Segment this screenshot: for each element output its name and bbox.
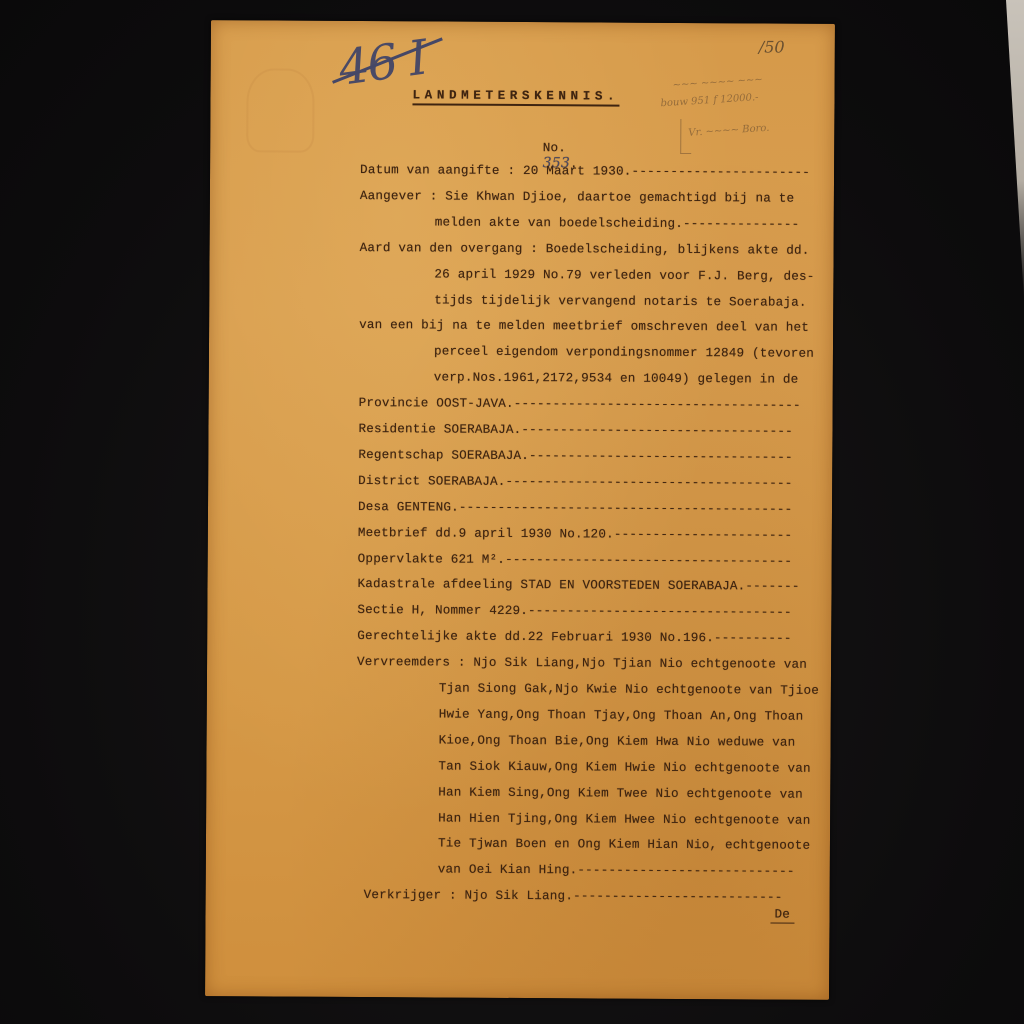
document-line: 26 april 1929 No.79 verleden voor F.J. B… [434,267,814,283]
catchword: De [770,908,794,924]
document-page: 46 I /50 ~~~ ~~~~ ~~~ bouw 951 f 12000.-… [205,20,835,1000]
document-line: verp.Nos.1961,2172,9534 en 10049) gelege… [434,371,799,387]
embossed-seal-icon [246,68,315,152]
document-line: Han Kiem Sing,Ong Kiem Twee Nio echtgeno… [438,785,803,801]
document-line: Aangever : Sie Khwan Djioe, daartoe gema… [360,189,794,206]
document-line: Vervreemders : Njo Sik Liang,Njo Tjian N… [357,655,807,672]
document-line: Meetbrief dd.9 april 1930 No.120.-------… [358,526,792,543]
document-title: LANDMETERSKENNIS. [412,88,619,106]
document-line: Oppervlakte 621 M².---------------------… [358,552,792,569]
document-body: Datum van aangifte : 20 Maart 1930.-----… [211,20,835,24]
handwritten-folio-number: /50 [759,37,785,56]
photo-background: 46 I /50 ~~~ ~~~~ ~~~ bouw 951 f 12000.-… [0,0,1024,1024]
handwritten-margin-note-1: ~~~ ~~~~ ~~~ [672,74,763,91]
document-line: Desa GENTENG.---------------------------… [358,500,792,517]
handwritten-margin-note-3: Vr. ~~~~ Boro. [688,123,770,139]
document-line: District SOERABAJA.---------------------… [358,474,792,491]
document-line: Verkrijger : Njo Sik Liang.-------------… [364,888,783,905]
document-line: melden akte van boedelscheiding.--------… [435,215,800,231]
document-number-label: No. [543,141,566,155]
document-line: van een bij na te melden meetbrief omsch… [359,318,809,335]
document-line: Gerechtelijke akte dd.22 Februari 1930 N… [357,629,791,646]
document-line: Sectie H, Nommer 4229.------------------… [357,603,791,620]
document-line: Tie Tjwan Boen en Ong Kiem Hian Nio, ech… [438,837,810,853]
document-line: Kadastrale afdeeling STAD EN VOORSTEDEN … [357,577,799,594]
document-line: tijds tijdelijk vervangend notaris te So… [434,293,806,309]
document-line: Provincie OOST-JAVA.--------------------… [359,396,801,413]
document-line: Han Hien Tjing,Ong Kiem Hwee Nio echtgen… [438,811,810,827]
document-line: Tjan Siong Gak,Njo Kwie Nio echtgenoote … [439,682,819,698]
document-line: Datum van aangifte : 20 Maart 1930.-----… [360,163,810,180]
document-line: Aard van den overgang : Boedelscheiding,… [360,241,810,258]
document-line: perceel eigendom verpondingsnommer 12849… [434,345,814,361]
document-line: Regentschap SOERABAJA.------------------… [358,448,792,465]
adjacent-paper-edge [1006,0,1024,300]
document-line: Kioe,Ong Thoan Bie,Ong Kiem Hwa Nio wedu… [439,733,796,749]
document-line: Residentie SOERABAJA.-------------------… [358,422,792,439]
document-line: Hwie Yang,Ong Thoan Tjay,Ong Thoan An,On… [439,707,804,723]
document-line: van Oei Kian Hing.----------------------… [438,863,795,879]
document-line: Tan Siok Kiauw,Ong Kiem Hwie Nio echtgen… [438,759,810,775]
handwritten-margin-note-2: bouw 951 f 12000.- [660,92,759,109]
